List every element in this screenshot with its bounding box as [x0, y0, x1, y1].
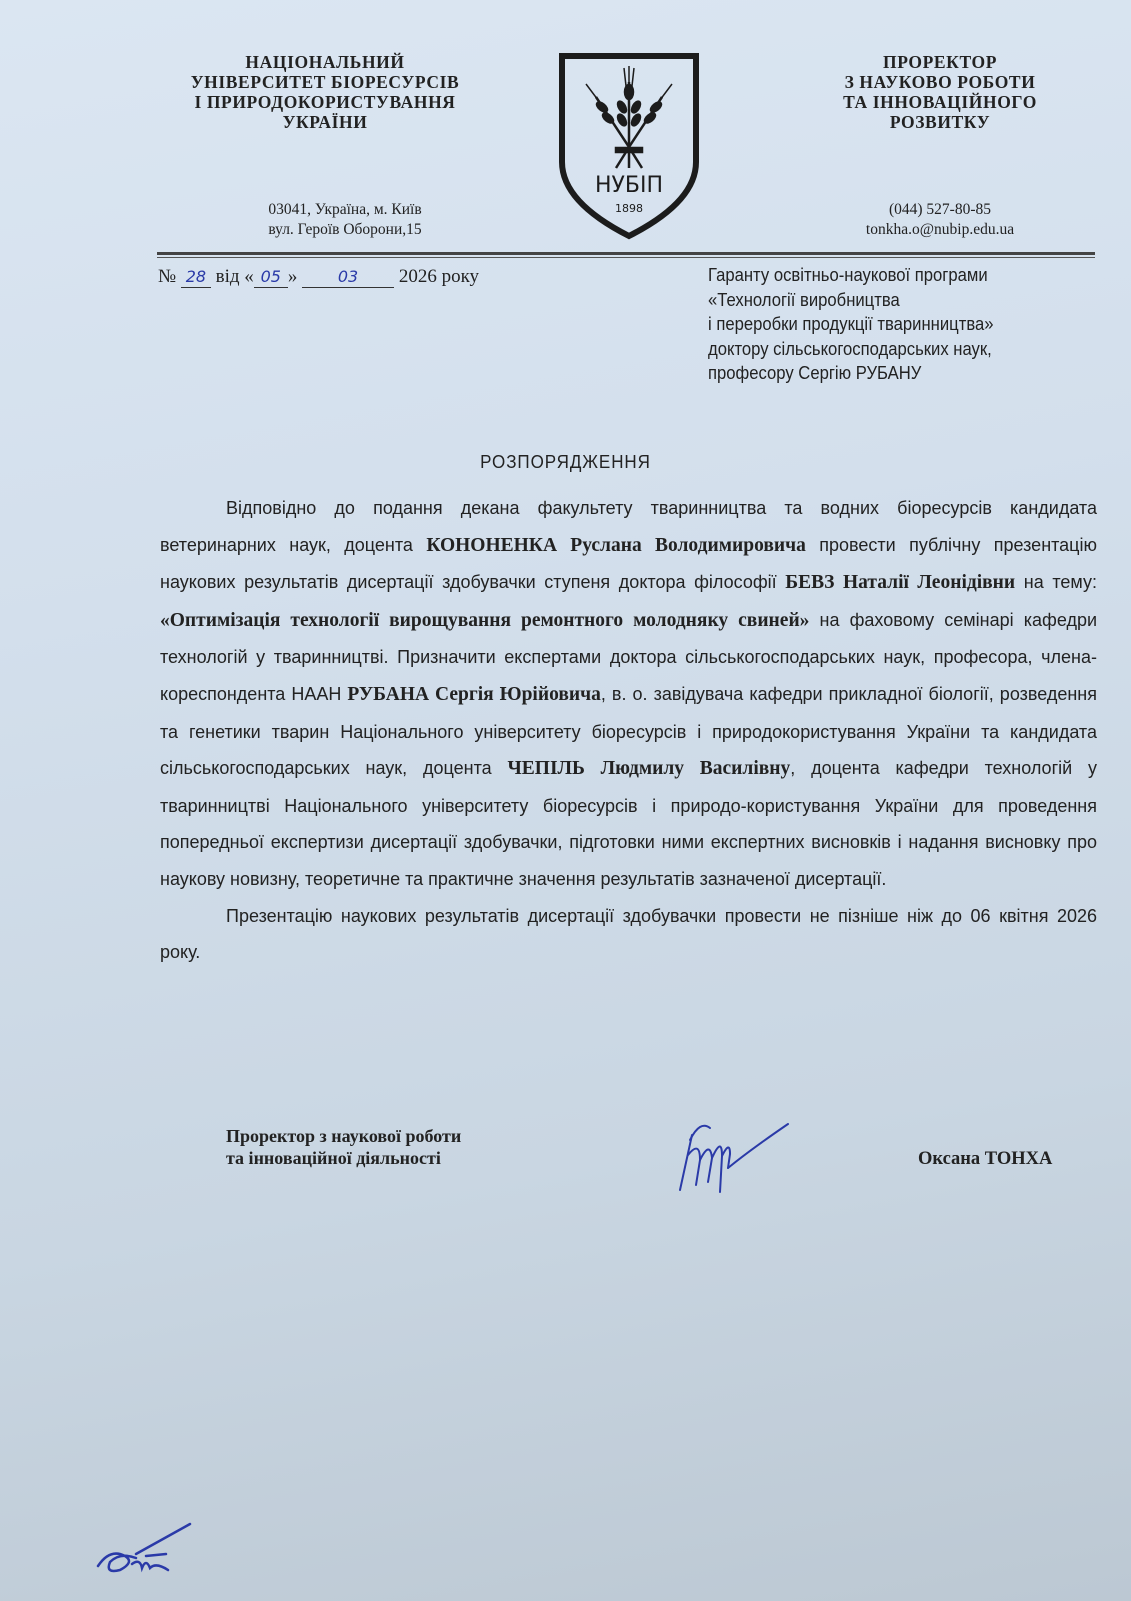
document-day: 05 — [254, 267, 288, 288]
position-line: З НАУКОВО РОБОТИ — [810, 72, 1070, 92]
institution-header: НАЦІОНАЛЬНИЙ УНІВЕРСИТЕТ БІОРЕСУРСІВ І П… — [160, 52, 490, 240]
registration-line: № 28 від «05» 03 2026 року — [158, 265, 479, 289]
address-line: вул. Героїв Оборони,15 — [200, 220, 490, 240]
address-line: 03041, Україна, м. Київ — [200, 200, 490, 220]
dean-name: КОНОНЕНКА Руслана Володимировича — [426, 535, 806, 556]
email-address: tonkha.o@nubip.edu.ua — [810, 220, 1070, 240]
institution-address: 03041, Україна, м. Київ вул. Героїв Обор… — [160, 200, 490, 240]
header-divider-thin — [157, 257, 1095, 258]
position-line: ПРОРЕКТОР — [810, 52, 1070, 72]
body-paragraph-2: Презентацію наукових результатів дисерта… — [160, 898, 1097, 971]
document-year: 2026 року — [399, 266, 479, 287]
addressee-line: професору Сергію РУБАНУ — [708, 361, 1068, 386]
expert-2-name: ЧЕПІЛЬ Людмилу Василівну — [507, 758, 790, 779]
phone-number: (044) 527-80-85 — [810, 200, 1070, 220]
close-quote: » — [288, 266, 298, 287]
from-label: від « — [216, 266, 254, 287]
signatory-position: Проректор з наукової роботи та інновацій… — [226, 1125, 461, 1169]
position-line: ТА ІННОВАЦІЙНОГО — [810, 92, 1070, 112]
expert-1-name: РУБАНА Сергія Юрійовича — [347, 684, 600, 705]
position-line: РОЗВИТКУ — [810, 112, 1070, 132]
logo-year: 1898 — [615, 202, 643, 215]
document-body: Відповідно до подання декана факультету … — [160, 490, 1097, 971]
addressee-block: Гаранту освітньо-наукової програми «Техн… — [708, 263, 1068, 386]
position-header: ПРОРЕКТОР З НАУКОВО РОБОТИ ТА ІННОВАЦІЙН… — [810, 52, 1070, 240]
addressee-line: і переробки продукції тваринництва» — [708, 312, 1068, 337]
document-month: 03 — [302, 267, 394, 288]
body-paragraph-1: Відповідно до подання декана факультету … — [160, 490, 1097, 898]
signatory-name: Оксана ТОНХА — [918, 1149, 1052, 1170]
dissertation-topic: «Оптимізація технології вирощування ремо… — [160, 610, 809, 631]
addressee-line: доктору сільськогосподарських наук, — [708, 337, 1068, 362]
institution-line: УНІВЕРСИТЕТ БІОРЕСУРСІВ — [160, 72, 490, 92]
signatory-position-line: та інноваційної діяльності — [226, 1147, 461, 1169]
contact-info: (044) 527-80-85 tonkha.o@nubip.edu.ua — [810, 200, 1070, 240]
document-title: РОЗПОРЯДЖЕННЯ — [45, 451, 1086, 473]
document-number: 28 — [181, 267, 211, 288]
signatory-position-line: Проректор з наукової роботи — [226, 1125, 461, 1147]
handwritten-signature-icon — [670, 1110, 800, 1200]
wheat-shield-emblem-icon: НУБІП 1898 — [556, 52, 702, 242]
institution-line: І ПРИРОДОКОРИСТУВАННЯ — [160, 92, 490, 112]
body-text-run: на тему: — [1015, 572, 1097, 592]
logo-abbreviation: НУБІП — [595, 173, 663, 198]
addressee-line: Гаранту освітньо-наукової програми — [708, 263, 1068, 288]
applicant-name: БЕВЗ Наталії Леонідівни — [785, 572, 1015, 593]
number-label: № — [158, 266, 176, 287]
header-divider-thick — [157, 252, 1095, 255]
university-logo: НУБІП 1898 — [556, 52, 702, 242]
institution-line: НАЦІОНАЛЬНИЙ — [160, 52, 490, 72]
institution-line: УКРАЇНИ — [160, 112, 490, 132]
addressee-line: «Технології виробництва — [708, 288, 1068, 313]
handwritten-initials-icon — [90, 1518, 200, 1588]
